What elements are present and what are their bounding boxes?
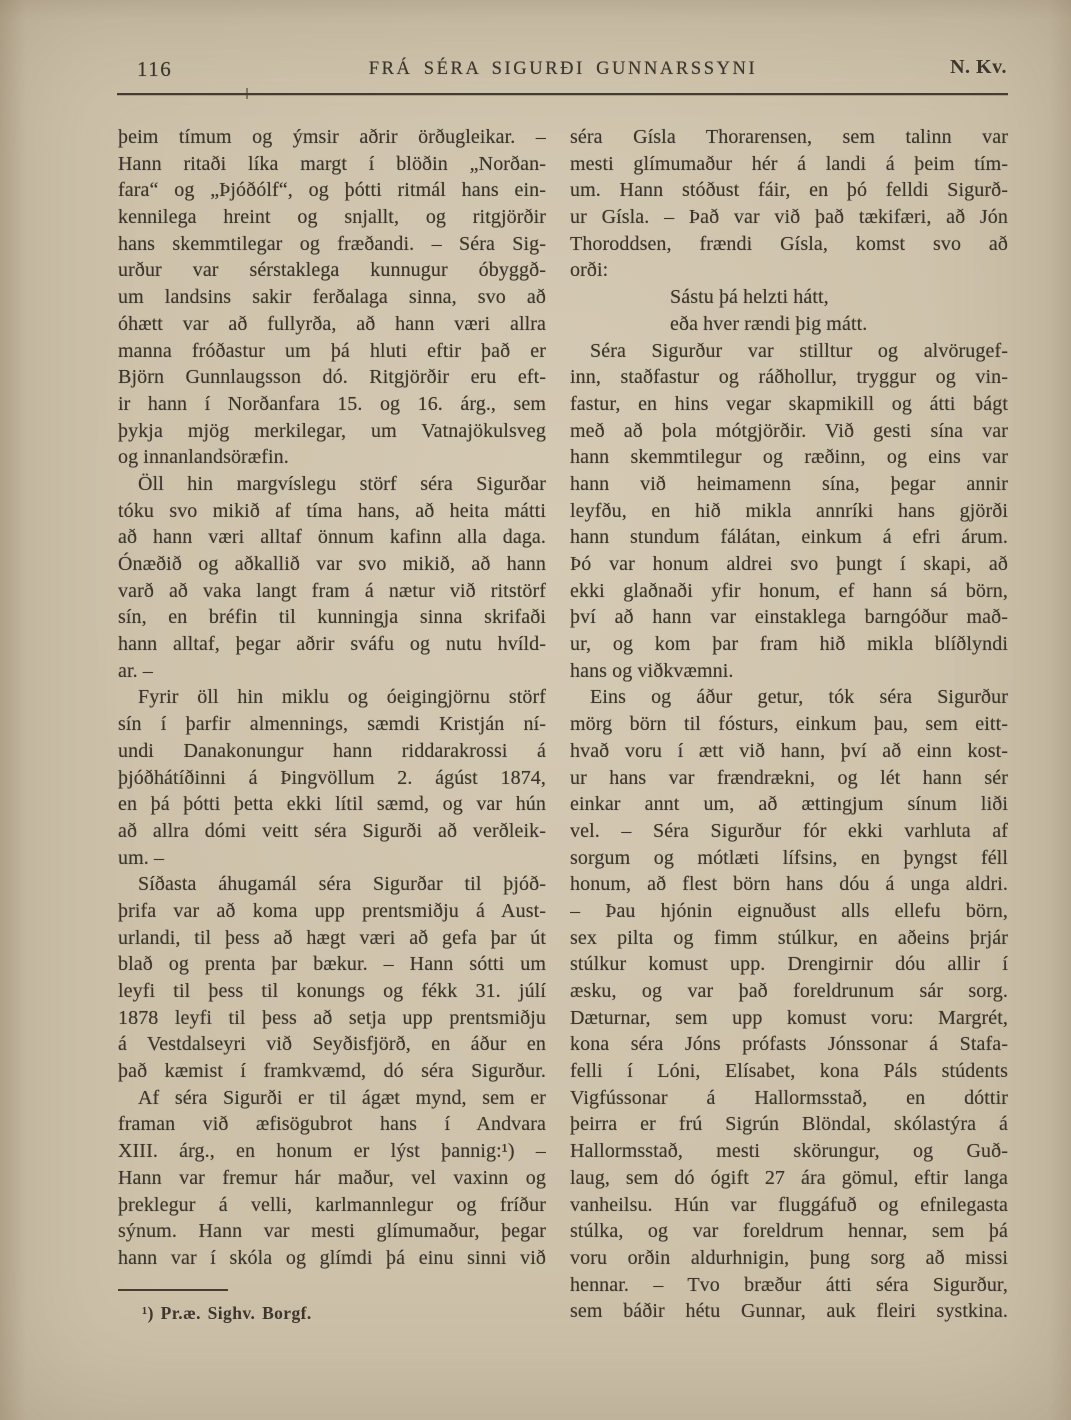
scanned-book-page: 116 FRÁ SÉRA SIGURÐI GUNNARSSYNI N. Kv. … <box>0 0 1071 1420</box>
text-line: manna fróðastur um þá hluti eftir það er <box>118 338 546 365</box>
text-line: hvað voru í ætt við hann, því að einn ko… <box>570 738 1008 765</box>
text-line: það kæmist í framkvæmd, dó séra Sigurður… <box>118 1058 546 1085</box>
text-line: hann við heimamenn sína, þegar annir <box>570 471 1008 498</box>
text-line: voru orðin aldurhnigin, þung sorg að mis… <box>570 1245 1008 1272</box>
text-line: fastur, en hins vegar skapmikill og átti… <box>570 391 1008 418</box>
text-line: hann stundum fálátan, einkum á efri árum… <box>570 524 1008 551</box>
text-line: og innanlandsöræfin. <box>118 444 546 471</box>
text-line: stúlka, og var foreldrum hennar, sem þá <box>570 1218 1008 1245</box>
text-line: Þó var honum aldrei svo þungt í skapi, a… <box>570 551 1008 578</box>
text-line: 1878 leyfi til þess að setja upp prentsm… <box>118 1005 546 1032</box>
text-line: sýnum. Hann var mesti glímumaður, þegar <box>118 1218 546 1245</box>
text-line: hann alltaf, þegar aðrir sváfu og nutu h… <box>118 631 546 658</box>
text-line: hann var í skóla og glímdi þá einu sinni… <box>118 1245 546 1272</box>
text-line: þeim tímum og ýmsir aðrir örðugleikar. – <box>118 124 546 151</box>
text-line: blað og prenta þar bækur. – Hann sótti u… <box>118 951 546 978</box>
text-line: urður var sérstaklega kunnugur óbyggð- <box>118 257 546 284</box>
header-rule <box>117 93 1008 95</box>
text-line: Séra Sigurður var stilltur og alvörugef- <box>570 338 1008 365</box>
text-line: vel. – Séra Sigurður fór ekki varhluta a… <box>570 818 1008 845</box>
text-line: ekki glaðnaði yfir honum, ef hann sá bör… <box>570 578 1008 605</box>
text-line: um landsins sakir ferðalaga sinna, svo a… <box>118 284 546 311</box>
text-line: ar. – <box>118 658 546 685</box>
text-line: hennar. – Tvo bræður átti séra Sigurður, <box>570 1272 1008 1299</box>
text-line: framan við æfisögubrot hans í Andvara <box>118 1111 546 1138</box>
text-line: Síðasta áhugamál séra Sigurðar til þjóð- <box>118 871 546 898</box>
text-line: leyfðu, en hið mikla annríki hans gjörði <box>570 498 1008 525</box>
text-line: mesti glímumaður hér á landi á þeim tím- <box>570 151 1008 178</box>
text-line: tóku svo mikið af tíma hans, að heita má… <box>118 498 546 525</box>
text-line: eða hver rændi þig mátt. <box>570 311 1008 338</box>
running-header-edition: N. Kv. <box>950 56 1007 79</box>
text-line: séra Gísla Thorarensen, sem talinn var <box>570 124 1008 151</box>
text-line: ur, og kom þar fram hið mikla blíðlyndi <box>570 631 1008 658</box>
text-line: um. Hann stóðust fáir, en þó felldi Sigu… <box>570 177 1008 204</box>
text-line: hans og viðkvæmni. <box>570 658 1008 685</box>
text-line: ur Gísla. – Það var við það tækifæri, að… <box>570 204 1008 231</box>
text-line: sín í þarfir almennings, sæmdi Kristján … <box>118 711 546 738</box>
text-line: sorgum og mótlæti lífsins, en þyngst fél… <box>570 845 1008 872</box>
text-line: ir hann í Norðanfara 15. og 16. árg., se… <box>118 391 546 418</box>
text-line: kennilega hreint og snjallt, og ritgjörð… <box>118 204 546 231</box>
text-line: XIII. árg., en honum er lýst þannig:¹) – <box>118 1138 546 1165</box>
text-line: laug, sem dó ógift 27 ára gömul, eftir l… <box>570 1165 1008 1192</box>
text-line: að hann væri alltaf önnum kafinn alla da… <box>118 524 546 551</box>
footnote-rule <box>118 1289 228 1291</box>
text-line: inn, staðfastur og ráðhollur, tryggur og… <box>570 364 1008 391</box>
text-line: þeirra er frú Sigrún Blöndal, skólastýra… <box>570 1111 1008 1138</box>
text-line: um. – <box>118 845 546 872</box>
text-column-right: séra Gísla Thorarensen, sem talinn varme… <box>570 124 1008 1325</box>
text-column-left: þeim tímum og ýmsir aðrir örðugleikar. –… <box>118 124 546 1272</box>
text-line: fara“ og „Þjóðólf“, og þótti ritmál hans… <box>118 177 546 204</box>
text-line: sex pilta og fimm stúlkur, en aðeins þrj… <box>570 925 1008 952</box>
text-line: óhætt var að fullyrða, að hann væri allr… <box>118 311 546 338</box>
text-line: því að hann var einstaklega barngóður ma… <box>570 604 1008 631</box>
text-line: orði: <box>570 257 1008 284</box>
text-line: að allra dómi veitt séra Sigurði að verð… <box>118 818 546 845</box>
text-line: Af séra Sigurði er til ágæt mynd, sem er <box>118 1085 546 1112</box>
text-line: vanheilsu. Hún var fluggáfuð og efnilega… <box>570 1192 1008 1219</box>
text-line: Sástu þá helzti hátt, <box>570 284 1008 311</box>
text-line: – Þau hjónin eignuðust alls ellefu börn, <box>570 898 1008 925</box>
text-line: Hann ritaði líka margt í blöðin „Norðan- <box>118 151 546 178</box>
text-line: mörg börn til fósturs, einkum þau, sem e… <box>570 711 1008 738</box>
text-line: Fyrir öll hin miklu og óeigingjörnu stör… <box>118 684 546 711</box>
text-line: en þá þótti þetta ekki lítil sæmd, og va… <box>118 791 546 818</box>
text-line: undi Danakonungur hann riddarakrossi á <box>118 738 546 765</box>
text-line: ur hans var frændrækni, og lét hann sér <box>570 765 1008 792</box>
text-line: hann skemmtilegur og ræðinn, og eins var <box>570 444 1008 471</box>
text-line: honum, að flest börn hans dóu á unga ald… <box>570 871 1008 898</box>
text-line: þykja mjög merkilegar, um Vatnajökulsveg <box>118 418 546 445</box>
text-line: Thoroddsen, frændi Gísla, komst svo að <box>570 231 1008 258</box>
text-line: sem báðir hétu Gunnar, auk fleiri systki… <box>570 1298 1008 1325</box>
text-line: Björn Gunnlaugsson dó. Ritgjörðir eru ef… <box>118 364 546 391</box>
scan-artifact-mark <box>246 88 248 99</box>
text-line: einkar annt um, að ættingjum sínum liði <box>570 791 1008 818</box>
text-line: leyfi til þess til konungs og fékk 31. j… <box>118 978 546 1005</box>
text-line: felli í Lóni, Elísabet, kona Páls stúden… <box>570 1058 1008 1085</box>
text-line: sín, en bréfin til kunningja sinna skrif… <box>118 604 546 631</box>
text-line: Hann var fremur hár maður, vel vaxinn og <box>118 1165 546 1192</box>
text-line: Dæturnar, sem upp komust voru: Margrét, <box>570 1005 1008 1032</box>
text-line: Vigfússonar á Hallormsstað, en dóttir <box>570 1085 1008 1112</box>
text-line: Hallormsstað, mesti skörungur, og Guð- <box>570 1138 1008 1165</box>
text-line: Ónæðið og aðkallið var svo mikið, að han… <box>118 551 546 578</box>
footnote: ¹) Pr.æ. Sighv. Borgf. <box>142 1303 312 1324</box>
text-line: með að þola mótgjörðir. Við gesti sína v… <box>570 418 1008 445</box>
text-line: þreklegur á velli, karlmannlegur og fríð… <box>118 1192 546 1219</box>
running-header-title: FRÁ SÉRA SIGURÐI GUNNARSSYNI <box>118 59 1008 80</box>
text-line: æsku, og var það foreldrunum sár sorg. <box>570 978 1008 1005</box>
text-line: varð að vaka langt fram á nætur við rits… <box>118 578 546 605</box>
text-line: kona séra Jóns prófasts Jónssonar á Staf… <box>570 1031 1008 1058</box>
text-line: á Vestdalseyri við Seyðisfjörð, en áður … <box>118 1031 546 1058</box>
text-line: þjóðhátíðinni á Þingvöllum 2. ágúst 1874… <box>118 765 546 792</box>
text-line: hans skemmtilegar og fræðandi. – Séra Si… <box>118 231 546 258</box>
text-line: þrifa var að koma upp prentsmiðju á Aust… <box>118 898 546 925</box>
text-line: stúlkur komust upp. Drengirnir dóu allir… <box>570 951 1008 978</box>
text-line: Öll hin margvíslegu störf séra Sigurðar <box>118 471 546 498</box>
text-line: urlandi, til þess að hægt væri að gefa þ… <box>118 925 546 952</box>
text-line: Eins og áður getur, tók séra Sigurður <box>570 684 1008 711</box>
